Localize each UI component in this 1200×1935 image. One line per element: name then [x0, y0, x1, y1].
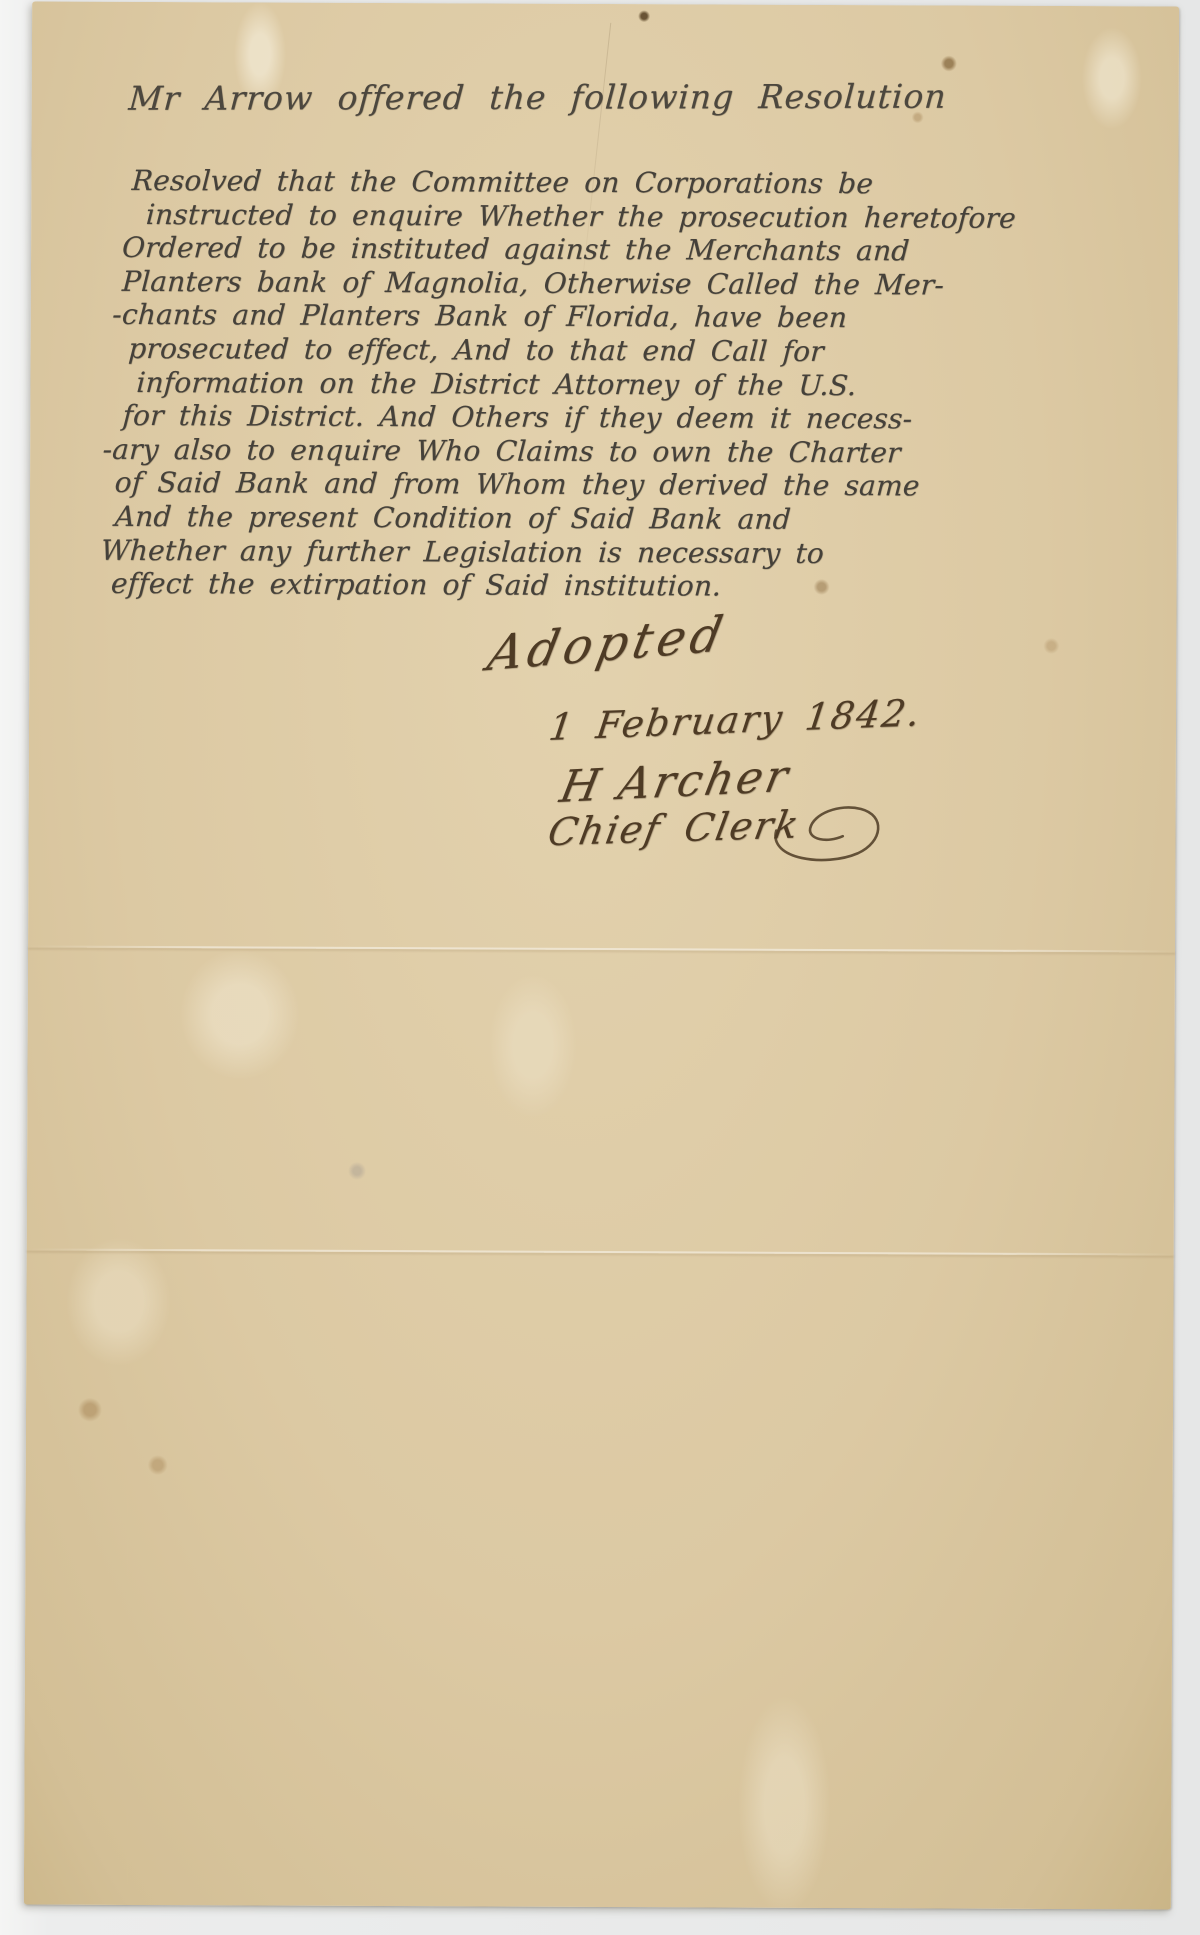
manuscript-line: Resolved that the Committee on Corporati…	[131, 164, 1019, 201]
manuscript-line: -ary also to enquire Who Claims to own t…	[102, 433, 1004, 471]
manuscript-line: prosecuted to effect, And to that end Ca…	[127, 332, 1009, 369]
adoption-date: 1 February 1842.	[546, 691, 924, 749]
signature-flourish-icon	[768, 793, 892, 873]
manuscript-line: -chants and Planters Bank of Florida, ha…	[111, 298, 1011, 336]
manuscript-line: Ordered to be instituted against the Mer…	[121, 231, 1015, 268]
fold-crease	[27, 1248, 1174, 1255]
document-heading: Mr Arrow offered the following Resolutio…	[127, 77, 948, 118]
adoption-block: Adopted 1 February 1842. H Archer Chief …	[32, 2, 1179, 7]
manuscript-line: of Said Bank and from Whom they derived …	[114, 466, 1002, 503]
manuscript-line: And the present Condition of Said Bank a…	[114, 500, 1000, 537]
resolution-paragraph: Resolved that the Committee on Corporati…	[98, 164, 1019, 605]
manuscript-line: for this District. And Others if they de…	[122, 399, 1006, 436]
adoption-status: Adopted	[483, 606, 732, 683]
paper-sheet: Mr Arrow offered the following Resolutio…	[24, 2, 1179, 1910]
manuscript-line: effect the extirpation of Said instituti…	[110, 567, 996, 604]
manuscript-line: information on the District Attorney of …	[136, 366, 1008, 403]
signer-title: Chief Clerk	[545, 802, 804, 854]
manuscript-line: Planters bank of Magnolia, Otherwise Cal…	[121, 265, 1013, 302]
manuscript-line: Whether any further Legislation is neces…	[100, 533, 998, 570]
manuscript-line: instructed to enquire Whether the prosec…	[145, 198, 1017, 235]
fold-crease	[28, 945, 1175, 952]
scanned-document: Mr Arrow offered the following Resolutio…	[0, 0, 1200, 1935]
